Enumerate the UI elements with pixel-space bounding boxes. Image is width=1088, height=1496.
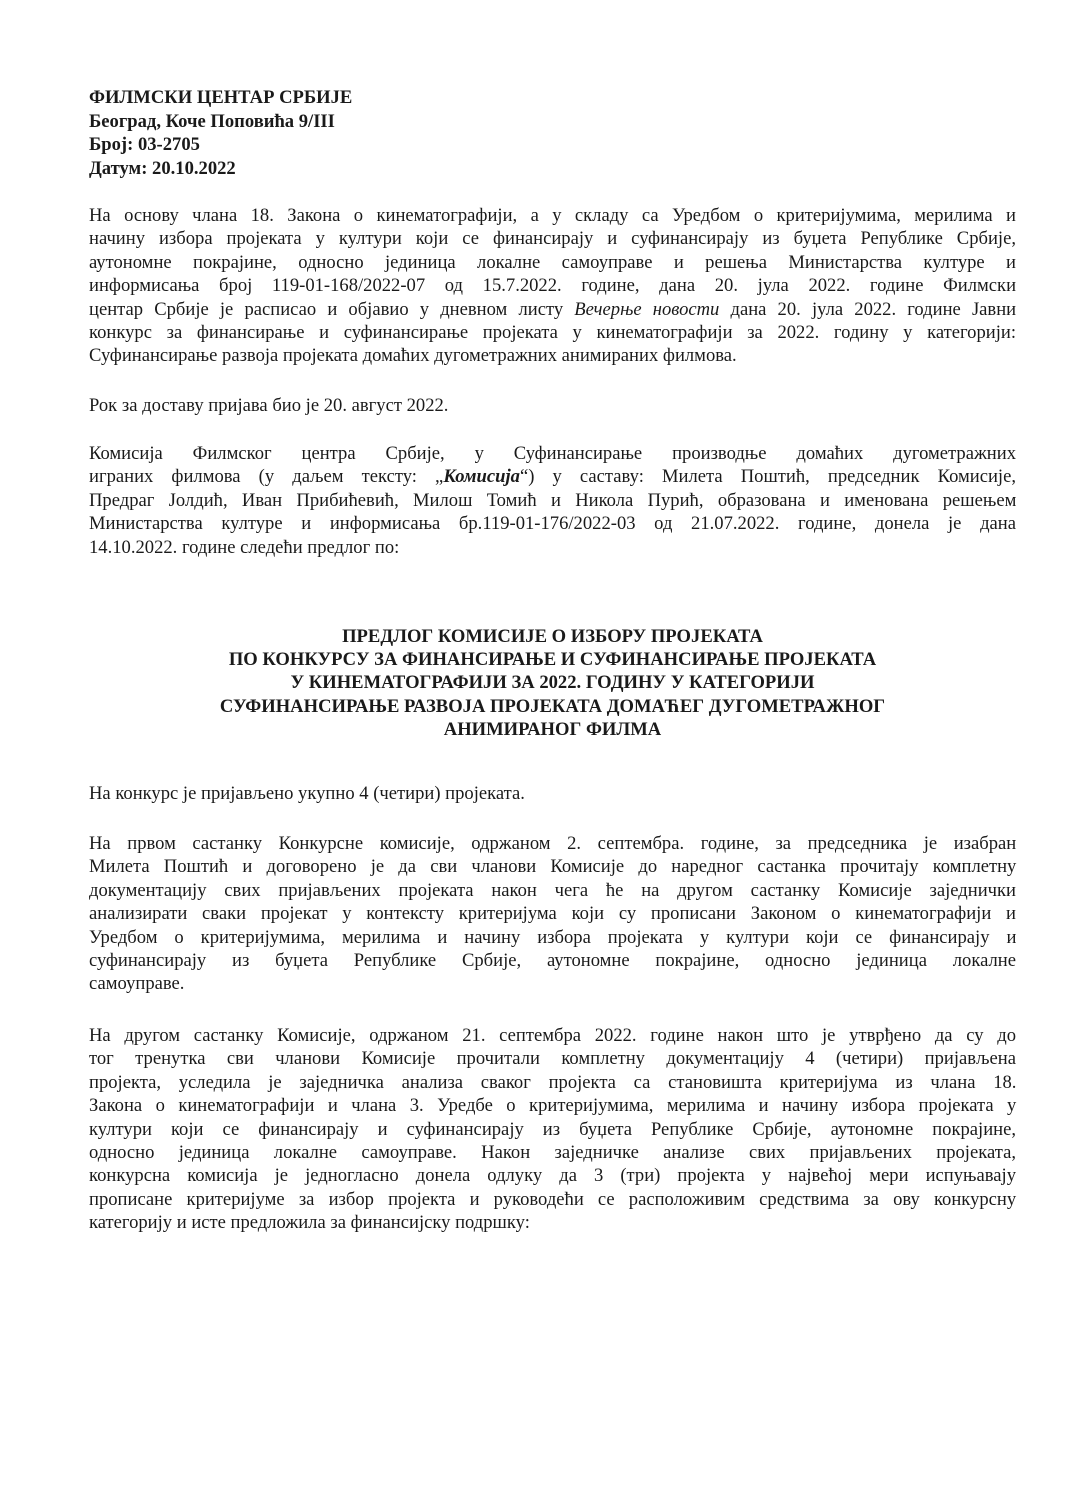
proposal-title: ПРЕДЛОГ КОМИСИЈЕ О ИЗБОРУ ПРОЈЕКАТА ПО К… (89, 625, 1016, 741)
text-line: категорију и исте предложила за финансиј… (89, 1211, 1016, 1234)
text-line: прописане критеријуме за избор пројекта … (89, 1188, 1016, 1211)
applications-paragraph: На конкурс је пријављено укупно 4 (четир… (89, 782, 1016, 805)
text-line: информисања број 119-01-168/2022-07 од 1… (89, 274, 1016, 297)
text-line: На другом састанку Комисије, одржаном 21… (89, 1024, 1016, 1047)
text-line: На првом састанку Конкурсне комисије, од… (89, 832, 1016, 855)
text-line: Суфинансирање развоја пројеката домаћих … (89, 344, 1016, 367)
organization-name: ФИЛМСКИ ЦЕНТАР СРБИЈЕ (89, 86, 352, 110)
document-date: Датум: 20.10.2022 (89, 157, 352, 181)
organization-address: Београд, Коче Поповића 9/III (89, 110, 352, 134)
text-line: документацију свих пријављених пројеката… (89, 879, 1016, 902)
text-line: суфинансирају из буџета Републике Србије… (89, 949, 1016, 972)
text-line: начину избора пројеката у култури који с… (89, 227, 1016, 250)
text-line: Комисија Филмског центра Србије, у Суфин… (89, 442, 1016, 465)
text-line: аутономне покрајине, односно јединица ло… (89, 251, 1016, 274)
title-line: АНИМИРАНОГ ФИЛМА (89, 718, 1016, 741)
text-line: пројекта, уследила је заједничка анализа… (89, 1071, 1016, 1094)
title-line: СУФИНАНСИРАЊЕ РАЗВОЈА ПРОЈЕКАТА ДОМАЋЕГ … (89, 695, 1016, 718)
text-line: тог тренутка сви чланови Комисије прочит… (89, 1047, 1016, 1070)
title-line: ПО КОНКУРСУ ЗА ФИНАНСИРАЊЕ И СУФИНАНСИРА… (89, 648, 1016, 671)
text-line: конкурс за финансирање и суфинансирање п… (89, 321, 1016, 344)
deadline-paragraph: Рок за доставу пријава био је 20. август… (89, 394, 1016, 417)
text-line: конкурсна комисија је једногласно донела… (89, 1164, 1016, 1187)
text-line: анализирати сваки пројекат у контексту к… (89, 902, 1016, 925)
first-meeting-paragraph: На првом састанку Конкурсне комисије, од… (89, 832, 1016, 996)
commission-paragraph: Комисија Филмског центра Србије, у Суфин… (89, 442, 1016, 559)
text-line: На конкурс је пријављено укупно 4 (четир… (89, 782, 1016, 805)
text-line: Закона о кинематографији и члана 3. Уред… (89, 1094, 1016, 1117)
text-line: Предраг Јолдић, Иван Прибићевић, Милош Т… (89, 489, 1016, 512)
title-line: У КИНЕМАТОГРАФИЈИ ЗА 2022. ГОДИНУ У КАТЕ… (89, 671, 1016, 694)
text-line: култури који се финансирају и суфинансир… (89, 1118, 1016, 1141)
text-line: самоуправе. (89, 972, 1016, 995)
text-line: играних филмова (у даљем тексту: „Комиси… (89, 465, 1016, 488)
title-line: ПРЕДЛОГ КОМИСИЈЕ О ИЗБОРУ ПРОЈЕКАТА (89, 625, 1016, 648)
commission-term: Комисија (443, 466, 520, 487)
document-header: ФИЛМСКИ ЦЕНТАР СРБИЈЕ Београд, Коче Попо… (89, 86, 352, 180)
text-line: Министарства културе и информисања бр.11… (89, 512, 1016, 535)
text-line: 14.10.2022. године следећи предлог по: (89, 536, 1016, 559)
newspaper-name: Вечерње новости (574, 299, 719, 320)
text-line: На основу члана 18. Закона о кинематогра… (89, 204, 1016, 227)
second-meeting-paragraph: На другом састанку Комисије, одржаном 21… (89, 1024, 1016, 1235)
intro-paragraph: На основу члана 18. Закона о кинематогра… (89, 204, 1016, 368)
text-line: Уредбом о критеријумима, мерилима и начи… (89, 926, 1016, 949)
document-page: ФИЛМСКИ ЦЕНТАР СРБИЈЕ Београд, Коче Попо… (0, 0, 1088, 1496)
document-number: Број: 03-2705 (89, 133, 352, 157)
text-line: Милета Поштић и договорено је да сви чла… (89, 855, 1016, 878)
text-line: центар Србије је расписао и објавио у дн… (89, 298, 1016, 321)
text-line: односно јединица локалне самоуправе. Нак… (89, 1141, 1016, 1164)
text-line: Рок за доставу пријава био је 20. август… (89, 394, 1016, 417)
